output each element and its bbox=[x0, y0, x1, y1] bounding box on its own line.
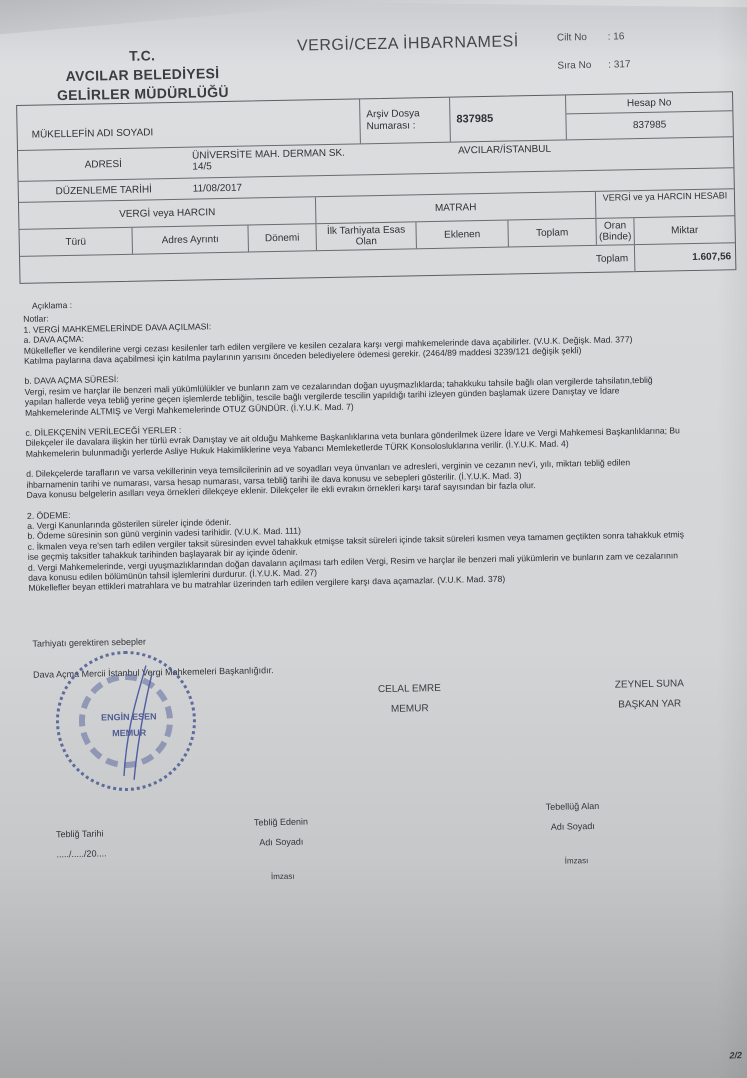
col-total: Toplam bbox=[507, 219, 595, 247]
account-number: 837985 bbox=[566, 111, 732, 139]
head-title: BAŞKAN YAR bbox=[605, 694, 695, 716]
archive-label-line1: Arşiv Dosya bbox=[366, 108, 420, 121]
address-city: AVCILAR/İSTANBUL bbox=[458, 139, 659, 173]
col-rate-line1: Oran bbox=[604, 220, 626, 231]
notifier-label-1: Tebliğ Edenin bbox=[254, 811, 308, 832]
notes-section: Açıklama : Notlar: 1. VERGİ MAHKEMELERİN… bbox=[23, 287, 747, 594]
signature-scribble bbox=[118, 663, 160, 784]
col-type: Türü bbox=[20, 228, 132, 256]
col-first-assessment-line1: İlk Tarhiyata Esas bbox=[327, 225, 405, 237]
officer-block: CELAL EMRE MEMUR bbox=[364, 679, 455, 721]
archive-number: 837985 bbox=[449, 95, 566, 141]
col-period: Dönemi bbox=[247, 224, 315, 251]
sira-no: Sıra No : 317 bbox=[557, 59, 630, 71]
col-added: Eklenen bbox=[415, 221, 507, 249]
account-box: Hesap No 837985 bbox=[565, 92, 733, 139]
col-rate: Oran (Binde) bbox=[595, 218, 633, 245]
notifier-label-2: Adı Soyadı bbox=[254, 831, 308, 852]
cilt-no: Cilt No : 16 bbox=[557, 31, 625, 43]
archive-label-line2: Numarası : bbox=[366, 120, 415, 133]
col-first-assessment-line2: Olan bbox=[356, 236, 377, 247]
col-first-assessment: İlk Tarhiyata Esas Olan bbox=[315, 222, 415, 250]
issue-date-value: 11/08/2017 bbox=[193, 176, 343, 199]
address-street: ÜNİVERSİTE MAH. DERMAN SK. 14/5 bbox=[192, 143, 443, 178]
address-label: ADRESİ bbox=[18, 148, 189, 181]
sira-no-value: : 317 bbox=[608, 59, 630, 70]
col-rate-line2: (Binde) bbox=[599, 231, 631, 243]
notify-date-label: Tebliğ Tarihi bbox=[56, 823, 106, 844]
total-label: Toplam bbox=[560, 245, 634, 272]
notice-form-table: MÜKELLEFİN ADI SOYADI Arşiv Dosya Numara… bbox=[16, 91, 736, 284]
taxpayer-name-label: MÜKELLEFİN ADI SOYADI bbox=[17, 99, 360, 150]
notifier-block: Tebliğ Edenin Adı Soyadı bbox=[254, 811, 309, 852]
archive-label: Arşiv Dosya Numarası : bbox=[359, 98, 450, 144]
head-name: ZEYNEL SUNA bbox=[604, 674, 694, 696]
receiver-label-1: Tebellüğ Alan bbox=[545, 796, 599, 817]
officer-name: CELAL EMRE bbox=[364, 679, 454, 701]
issue-date-label: DÜZENLEME TARİHİ bbox=[19, 179, 189, 202]
notes-payment-block: 2. ÖDEME:a. Vergi Kanunlarında gösterile… bbox=[27, 497, 747, 594]
officer-title: MEMUR bbox=[365, 699, 455, 721]
cilt-no-value: : 16 bbox=[608, 31, 625, 42]
reasons-label: Tarhiyatı gerektiren sebepler bbox=[32, 637, 146, 649]
photo-shadow-bottom bbox=[0, 860, 747, 1078]
official-stamp: ENGİN ESEN MEMUR bbox=[55, 650, 198, 793]
calc-group-header: VERGİ ve ya HARCIN HESABI bbox=[595, 189, 734, 218]
document-title: VERGİ/CEZA İHBARNAMESİ bbox=[297, 33, 519, 55]
cilt-no-label: Cilt No bbox=[557, 32, 605, 44]
receiver-block: Tebellüğ Alan Adı Soyadı bbox=[545, 796, 599, 837]
sira-no-label: Sıra No bbox=[557, 60, 605, 72]
base-group-header: MATRAH bbox=[315, 192, 595, 223]
col-address-detail: Adres Ayrıntı bbox=[131, 226, 247, 254]
head-block: ZEYNEL SUNA BAŞKAN YAR bbox=[604, 674, 695, 716]
notify-date-block: Tebliğ Tarihi ...../...../20.... bbox=[56, 823, 107, 864]
issuer-block: T.C. AVCILAR BELEDİYESİ GELİRLER MÜDÜRLÜ… bbox=[42, 45, 243, 106]
receiver-label-2: Adı Soyadı bbox=[546, 816, 600, 837]
